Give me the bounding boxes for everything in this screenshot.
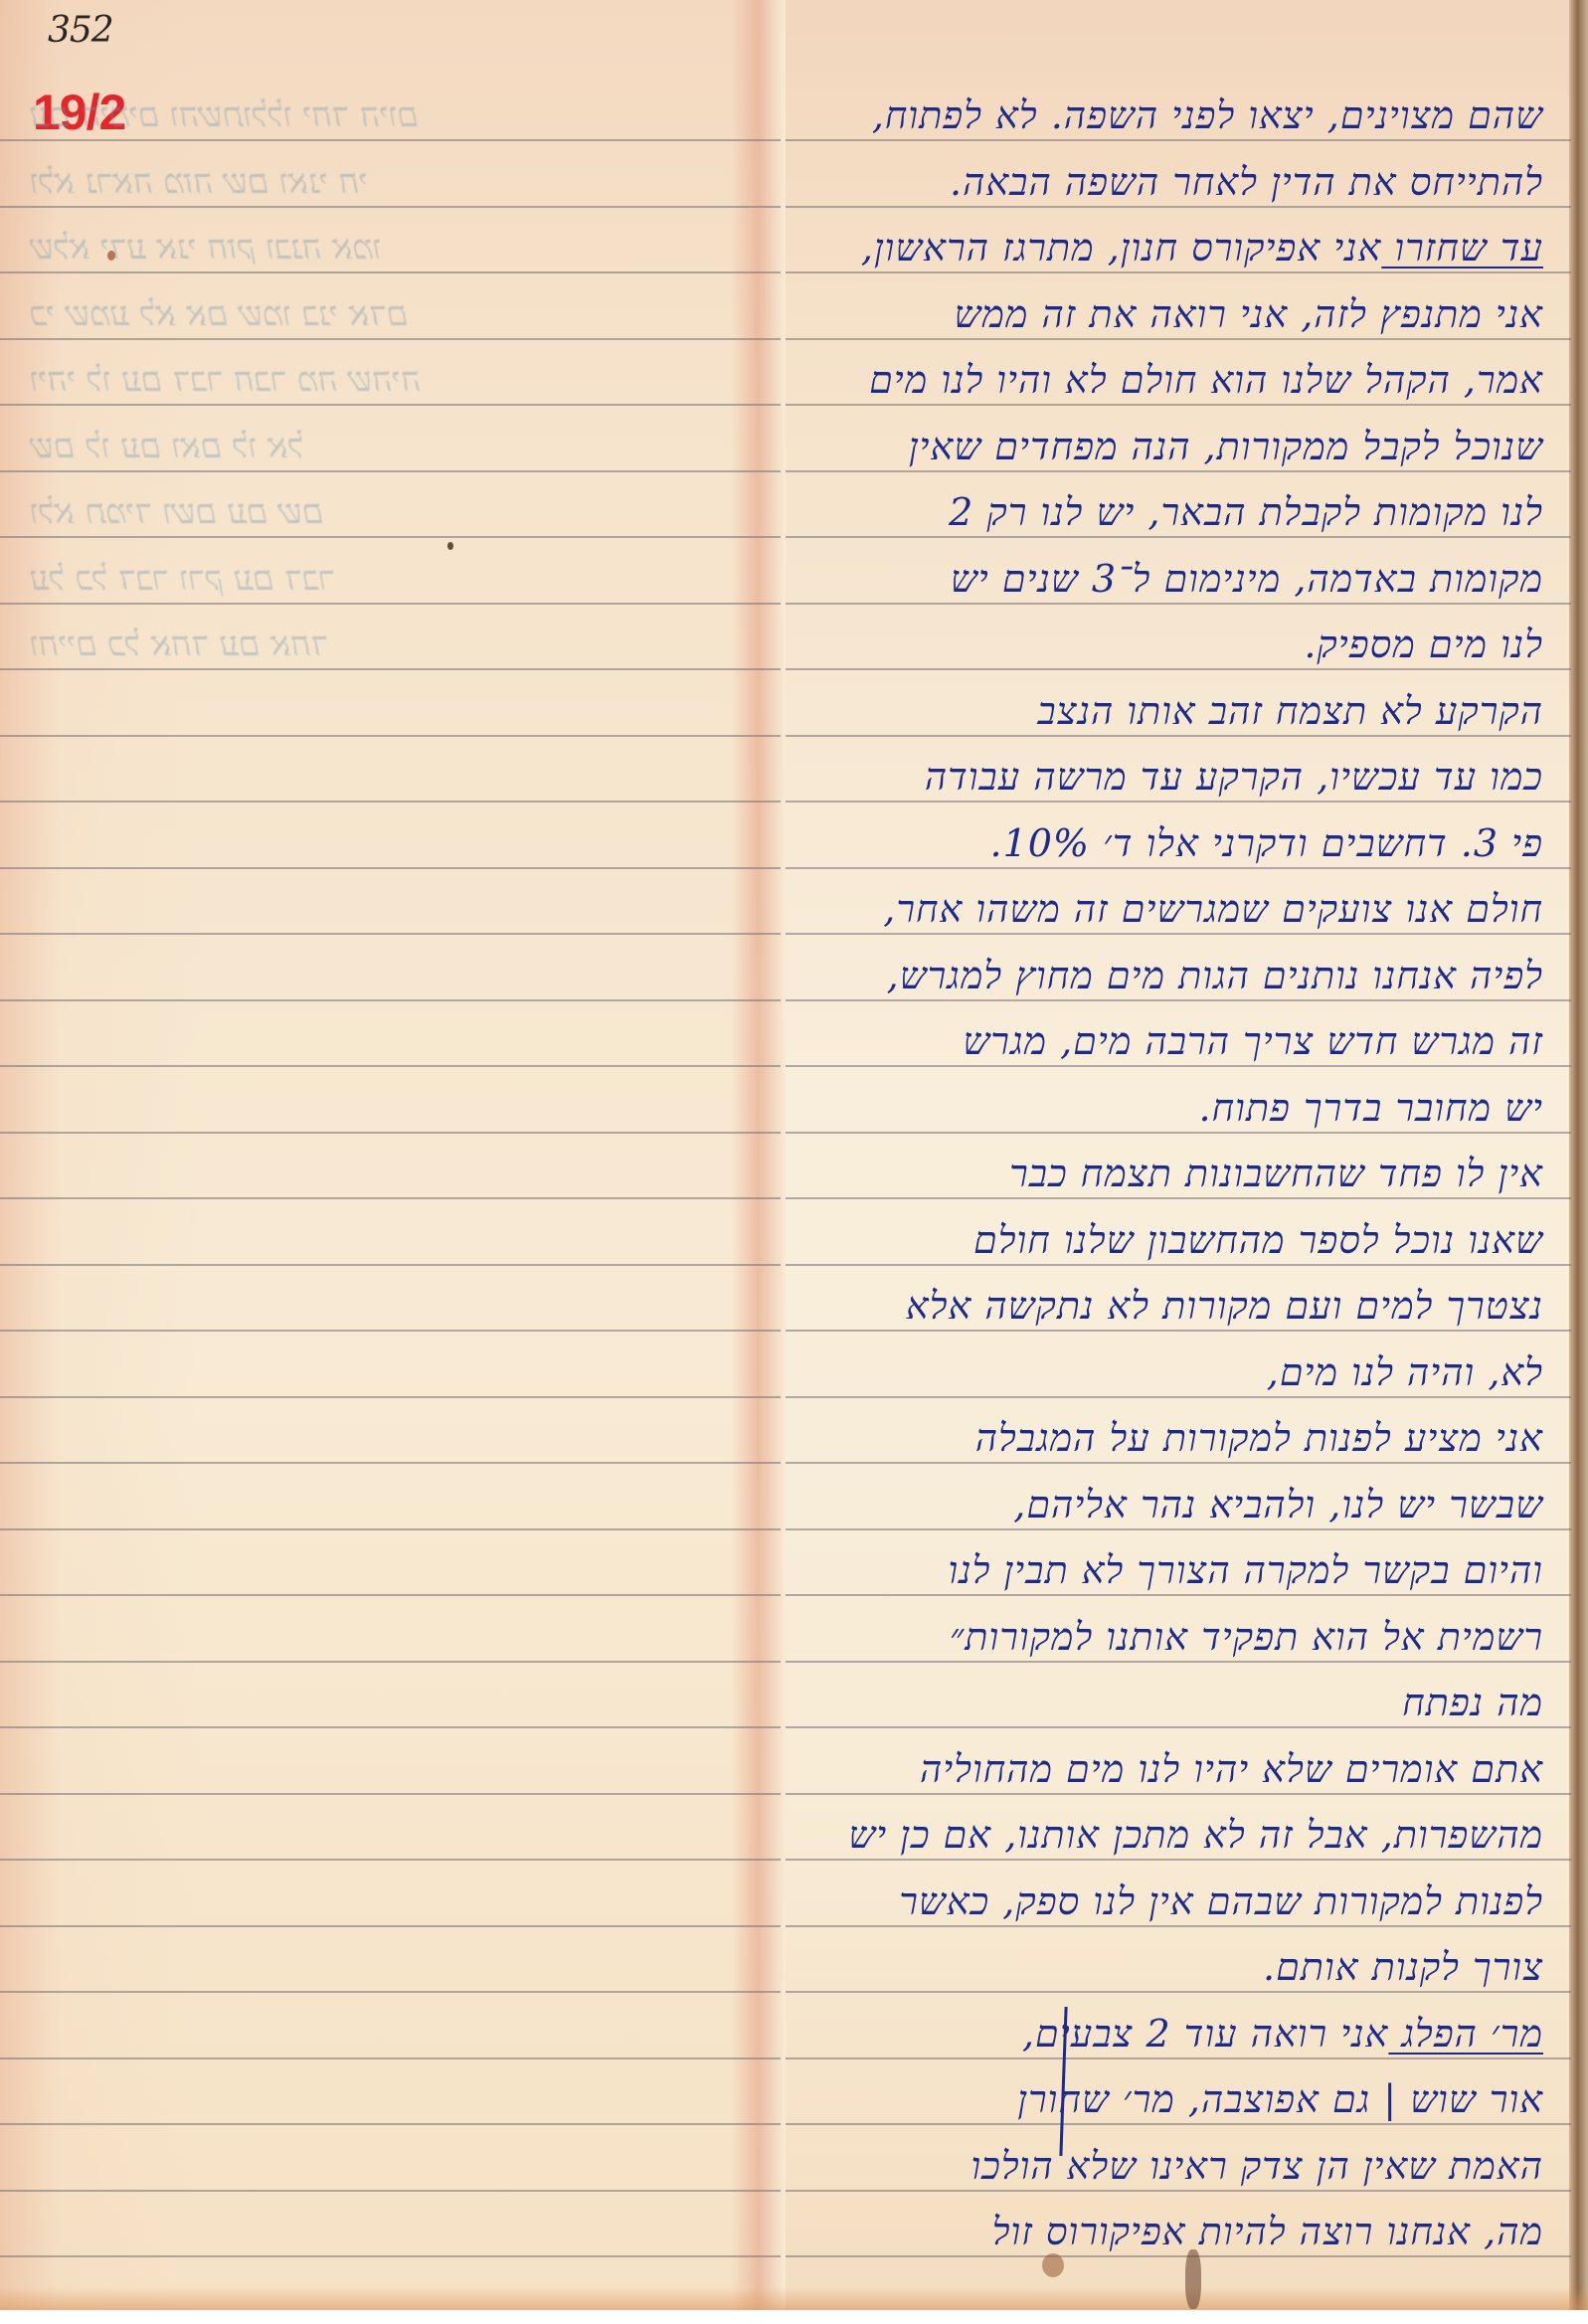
- rule-line: [0, 1197, 781, 1199]
- rule-line: [786, 1132, 1571, 1134]
- bleed-through-line: עם הימים והשתוללו יחד היום: [30, 95, 726, 135]
- rule-line: [786, 1396, 1571, 1398]
- line-text: מקומות באדמה, מינימום ל־3 שנים יש: [951, 557, 1543, 601]
- handwritten-line: שהם מצוינים, יצאו לפני השפה. לא לפתוח,: [872, 93, 1543, 137]
- ink-spot: [447, 542, 453, 550]
- line-text: שבשר יש לנו, ולהביא נהר אליהם,: [1013, 1483, 1543, 1526]
- line-text: רשמית אל הוא תפקיד אותנו למקורות״: [950, 1615, 1543, 1659]
- rule-line: [0, 1859, 781, 1861]
- handwritten-line: לא, והיה לנו מים,: [1267, 1350, 1543, 1394]
- line-text: אין לו פחד שהחשבונות תצמח כבר: [1009, 1152, 1543, 1195]
- underlined-speaker: עד שחזרו: [1381, 226, 1543, 269]
- rule-line: [0, 271, 781, 273]
- line-text: לפיה אנחנו נותנים הגות מים מחוץ למגרש,: [887, 954, 1543, 997]
- rule-line: [786, 470, 1571, 472]
- line-text: כמו עד עכשיו, הקרקע עד מרשה עבודה: [925, 755, 1543, 799]
- handwritten-line: כמו עד עכשיו, הקרקע עד מרשה עבודה: [925, 755, 1543, 799]
- line-text: יש מחובר בדרך פתוח.: [1199, 1086, 1543, 1130]
- bleed-through-line: שלא ידע אני חזק ובנה אמו: [30, 228, 726, 268]
- archive-page-number: 352: [48, 10, 113, 51]
- bleed-through-line: על כל דבר ורק עם דבר: [30, 559, 726, 599]
- line-text: פי 3. דחשבים ודקרני אלו ד׳ 10%.: [989, 821, 1543, 865]
- handwritten-line: אתם אומרים שלא יהיו לנו מים מהחוליה: [920, 1747, 1543, 1791]
- bleed-through-line: וחיים כל אחד עם אחד: [30, 625, 726, 664]
- line-text: אני רואה עוד 2 צבעים,: [1022, 2012, 1388, 2056]
- line-text: אור שוש | גם אפוצבה, מר׳ שחורן: [1017, 2077, 1543, 2121]
- handwritten-line: והיום בקשר למקרה הצורך לא תבין לנו: [949, 1548, 1543, 1592]
- rule-line: [0, 999, 781, 1001]
- rule-line: [786, 933, 1571, 935]
- rule-line: [786, 2190, 1571, 2192]
- rule-line: [786, 2057, 1571, 2059]
- rule-line: [0, 1462, 781, 1464]
- rule-line: [786, 1330, 1571, 1332]
- rule-line: [786, 536, 1571, 538]
- rule-line: [0, 1528, 781, 1530]
- line-text: מה, אנחנו רוצה להיות אפיקורוס זול: [992, 2210, 1543, 2253]
- rule-line: [0, 1726, 781, 1728]
- rule-line: [0, 1396, 781, 1398]
- line-text: הקרקע לא תצמח זהב אותו הנצב: [1037, 689, 1543, 733]
- line-text: לפנות למקורות שבהם אין לנו ספק, כאשר: [899, 1879, 1543, 1923]
- rule-line: [786, 1793, 1571, 1795]
- rule-line: [0, 933, 781, 935]
- line-text: מהשפרות, אבל זה לא מתכן אותנו, אם כן יש: [848, 1813, 1543, 1857]
- handwritten-line: זה מגרש חדש צריך הרבה מים, מגרש: [963, 1019, 1543, 1063]
- handwritten-line: הקרקע לא תצמח זהב אותו הנצב: [1037, 689, 1543, 733]
- rule-line: [786, 1065, 1571, 1067]
- rule-line: [0, 404, 781, 406]
- rule-line: [0, 1661, 781, 1663]
- handwritten-line: יש מחובר בדרך פתוח.: [1199, 1086, 1543, 1130]
- line-text: נצטרך למים ועם מקורות לא נתקשה אלא: [906, 1284, 1543, 1328]
- line-text: אני מציע לפנות למקורות על המגבלה: [975, 1416, 1543, 1460]
- handwritten-line: לפיה אנחנו נותנים הגות מים מחוץ למגרש,: [887, 954, 1543, 997]
- line-text: מה נפתח: [1402, 1681, 1543, 1724]
- bleed-through-line: כי שמע לא אם שמו בני אדם: [30, 294, 726, 334]
- rule-line: [0, 2255, 781, 2257]
- rule-line: [0, 536, 781, 538]
- rule-line: [0, 1065, 781, 1067]
- line-text: אני מתנפץ לזה, אני רואה את זה ממש: [954, 292, 1543, 336]
- line-text: צורך לקנות אותם.: [1263, 1945, 1543, 1989]
- rule-line: [0, 1594, 781, 1596]
- rule-line: [0, 470, 781, 472]
- rule-line: [0, 668, 781, 670]
- bleed-through-line: ולא תמיד ושם עם שם: [30, 492, 726, 532]
- rule-line: [0, 1793, 781, 1795]
- handwritten-line: מקומות באדמה, מינימום ל־3 שנים יש: [951, 557, 1543, 601]
- line-text: חולם אנו צועקים שמגרשים זה משהו אחר,: [883, 887, 1543, 931]
- handwritten-line: מהשפרות, אבל זה לא מתכן אותנו, אם כן יש: [848, 1813, 1543, 1857]
- rule-line: [786, 1726, 1571, 1728]
- ink-stain: [1185, 2249, 1201, 2309]
- rule-line: [0, 1264, 781, 1266]
- line-text: שאנו נוכל לספר מהחשבון שלנו חולם: [973, 1218, 1543, 1262]
- line-text: שהם מצוינים, יצאו לפני השפה. לא לפתוח,: [872, 93, 1543, 137]
- handwritten-line: צורך לקנות אותם.: [1263, 1945, 1543, 1989]
- rule-line: [0, 2057, 781, 2059]
- handwritten-line: אני מציע לפנות למקורות על המגבלה: [975, 1416, 1543, 1460]
- page-right-edge: [1569, 0, 1588, 2310]
- rule-line: [786, 404, 1571, 406]
- rule-line: [786, 206, 1571, 208]
- rule-line: [0, 801, 781, 803]
- rule-line: [0, 1925, 781, 1927]
- rule-line: [0, 1132, 781, 1134]
- page-bottom-edge: [0, 2287, 1588, 2310]
- line-text: והיום בקשר למקרה הצורך לא תבין לנו: [949, 1548, 1543, 1592]
- rule-line: [786, 1594, 1571, 1596]
- rule-line: [786, 801, 1571, 803]
- line-text: האמת שאין הן צדק ראינו שלא הולכו: [971, 2144, 1543, 2188]
- line-text: לא, והיה לנו מים,: [1267, 1350, 1543, 1394]
- ink-stain: [1042, 2253, 1064, 2277]
- underlined-speaker: מר׳ הפלג: [1388, 2012, 1543, 2056]
- left-page: [0, 0, 766, 2310]
- rule-line: [786, 999, 1571, 1001]
- handwritten-line: לנו מים מספיק.: [1304, 623, 1543, 666]
- handwritten-line: אני מתנפץ לזה, אני רואה את זה ממש: [954, 292, 1543, 336]
- rule-line: [786, 338, 1571, 340]
- rule-line: [0, 1330, 781, 1332]
- rule-line: [786, 1991, 1571, 1993]
- rule-line: [786, 1925, 1571, 1927]
- handwritten-line: שבשר יש לנו, ולהביא נהר אליהם,: [1013, 1483, 1543, 1526]
- handwritten-line: עד שחזרו אני אפיקורס חנון, מתרגז הראשון,: [861, 226, 1543, 269]
- handwritten-line: נצטרך למים ועם מקורות לא נתקשה אלא: [906, 1284, 1543, 1328]
- handwritten-line: לפנות למקורות שבהם אין לנו ספק, כאשר: [899, 1879, 1543, 1923]
- rule-line: [786, 1859, 1571, 1861]
- handwritten-line: אין לו פחד שהחשבונות תצמח כבר: [1009, 1152, 1543, 1195]
- handwritten-line: אמר, הקהל שלנו הוא חולם לא והיו לנו מים: [869, 358, 1543, 402]
- handwritten-line: חולם אנו צועקים שמגרשים זה משהו אחר,: [883, 887, 1543, 931]
- rule-line: [0, 206, 781, 208]
- rule-line: [786, 735, 1571, 737]
- rule-line: [786, 2255, 1571, 2257]
- rule-line: [0, 867, 781, 869]
- rule-line: [786, 603, 1571, 605]
- rule-line: [786, 1528, 1571, 1530]
- rule-line: [0, 1991, 781, 1993]
- rule-line: [0, 735, 781, 737]
- line-text: להתייחס את הדין לאחר השפה הבאה.: [950, 160, 1543, 204]
- handwritten-line: אור שוש | גם אפוצבה, מר׳ שחורן: [1017, 2077, 1543, 2121]
- handwritten-line: מה נפתח: [1402, 1681, 1543, 1724]
- line-text: אתם אומרים שלא יהיו לנו מים מהחוליה: [920, 1747, 1543, 1791]
- handwritten-line: שאנו נוכל לספר מהחשבון שלנו חולם: [973, 1218, 1543, 1262]
- line-text: אמר, הקהל שלנו הוא חולם לא והיו לנו מים: [869, 358, 1543, 402]
- handwritten-line: לנו מקומות לקבלת הבאר, יש לנו רק 2: [949, 490, 1543, 534]
- rule-line: [786, 867, 1571, 869]
- handwritten-line: האמת שאין הן צדק ראינו שלא הולכו: [971, 2144, 1543, 2188]
- rule-line: [786, 1462, 1571, 1464]
- handwritten-line: פי 3. דחשבים ודקרני אלו ד׳ 10%.: [989, 821, 1543, 865]
- bleed-through-line: ולא נראה מזה שם ואני חי: [30, 162, 726, 202]
- rule-line: [786, 2123, 1571, 2125]
- rule-line: [786, 1197, 1571, 1199]
- rule-line: [786, 139, 1571, 141]
- handwritten-line: מר׳ הפלג אני רואה עוד 2 צבעים,: [1022, 2012, 1543, 2056]
- handwritten-line: מה, אנחנו רוצה להיות אפיקורוס זול: [992, 2210, 1543, 2253]
- scanned-notebook-spread: 352 19/2 עם הימים והשתוללו יחד היוםולא נ…: [0, 0, 1588, 2310]
- rule-line: [0, 603, 781, 605]
- bleed-through-line: ויהי לו עם דבר חבר מה שהיה: [30, 360, 726, 400]
- rule-line: [0, 2190, 781, 2192]
- bleed-through-line: שם לו עם ואם לו אל: [30, 427, 726, 466]
- line-text: אני אפיקורס חנון, מתרגז הראשון,: [861, 226, 1381, 269]
- handwritten-line: רשמית אל הוא תפקיד אותנו למקורות״: [950, 1615, 1543, 1659]
- line-text: זה מגרש חדש צריך הרבה מים, מגרש: [963, 1019, 1543, 1063]
- rule-line: [0, 338, 781, 340]
- rule-line: [786, 668, 1571, 670]
- rule-line: [0, 2123, 781, 2125]
- line-text: שנוכל לקבל ממקורות, הנה מפחדים שאין: [909, 425, 1543, 468]
- rule-line: [786, 271, 1571, 273]
- handwritten-line: להתייחס את הדין לאחר השפה הבאה.: [950, 160, 1543, 204]
- line-text: לנו מים מספיק.: [1304, 623, 1543, 666]
- binding-gutter: [731, 0, 786, 2310]
- rule-line: [786, 1661, 1571, 1663]
- rule-line: [786, 1264, 1571, 1266]
- line-text: לנו מקומות לקבלת הבאר, יש לנו רק 2: [949, 490, 1543, 534]
- handwritten-line: שנוכל לקבל ממקורות, הנה מפחדים שאין: [909, 425, 1543, 468]
